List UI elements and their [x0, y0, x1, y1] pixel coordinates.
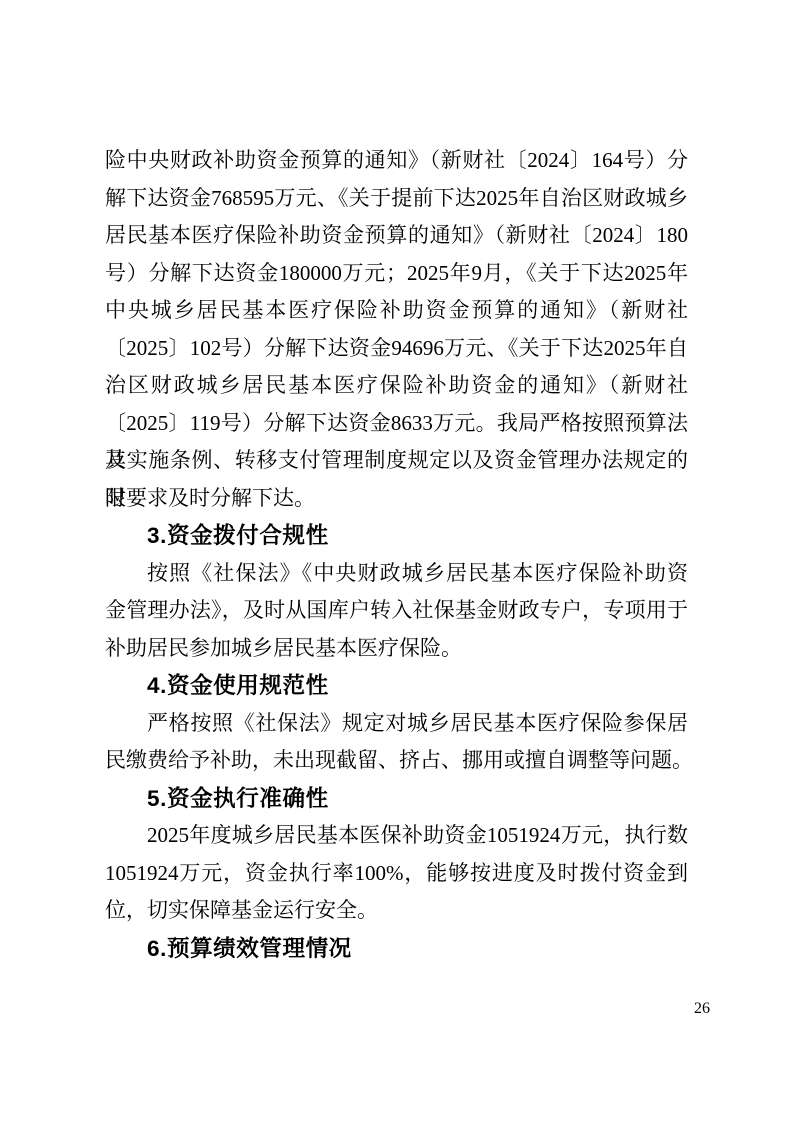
page-number: 26	[694, 1000, 710, 1018]
paragraph-line: 限要求及时分解下达。	[105, 480, 688, 518]
paragraph-line: 2025年度城乡居民基本医保补助资金1051924万元，执行数	[105, 817, 688, 855]
paragraph-line: 其实施条例、转移支付管理制度规定以及资金管理办法规定的时	[105, 442, 688, 480]
paragraph-line: 〔2025〕102号）分解下达资金94696万元、《关于下达2025年自	[105, 330, 688, 368]
paragraph-line: 位，切实保障基金运行安全。	[105, 892, 688, 930]
paragraph-line: 民缴费给予补助，未出现截留、挤占、挪用或擅自调整等问题。	[105, 742, 688, 780]
paragraph-line: 险中央财政补助资金预算的通知》（新财社〔2024〕164号）分	[105, 142, 688, 180]
paragraph-line: 〔2025〕119号）分解下达资金8633万元。我局严格按照预算法及	[105, 405, 688, 443]
paragraph-line: 号）分解下达资金180000万元；2025年9月，《关于下达2025年	[105, 255, 688, 293]
paragraph-line: 居民基本医疗保险补助资金预算的通知》（新财社〔2024〕180	[105, 217, 688, 255]
section-heading-5: 5.资金执行准确性	[105, 780, 688, 818]
section-heading-4: 4.资金使用规范性	[105, 667, 688, 705]
paragraph-line: 中央城乡居民基本医疗保险补助资金预算的通知》（新财社	[105, 292, 688, 330]
paragraph-line: 治区财政城乡居民基本医疗保险补助资金的通知》（新财社	[105, 367, 688, 405]
paragraph-line: 1051924万元，资金执行率100%，能够按进度及时拨付资金到	[105, 855, 688, 893]
paragraph-line: 金管理办法》，及时从国库户转入社保基金财政专户，专项用于	[105, 592, 688, 630]
paragraph-line: 严格按照《社保法》规定对城乡居民基本医疗保险参保居	[105, 705, 688, 743]
document-page: 险中央财政补助资金预算的通知》（新财社〔2024〕164号）分 解下达资金768…	[0, 0, 793, 1122]
paragraph-line: 按照《社保法》《中央财政城乡居民基本医疗保险补助资	[105, 555, 688, 593]
section-heading-6: 6.预算绩效管理情况	[105, 930, 688, 968]
paragraph-line: 补助居民参加城乡居民基本医疗保险。	[105, 630, 688, 668]
paragraph-line: 解下达资金768595万元、《关于提前下达2025年自治区财政城乡	[105, 180, 688, 218]
section-heading-3: 3.资金拨付合规性	[105, 517, 688, 555]
document-body: 险中央财政补助资金预算的通知》（新财社〔2024〕164号）分 解下达资金768…	[105, 142, 688, 967]
